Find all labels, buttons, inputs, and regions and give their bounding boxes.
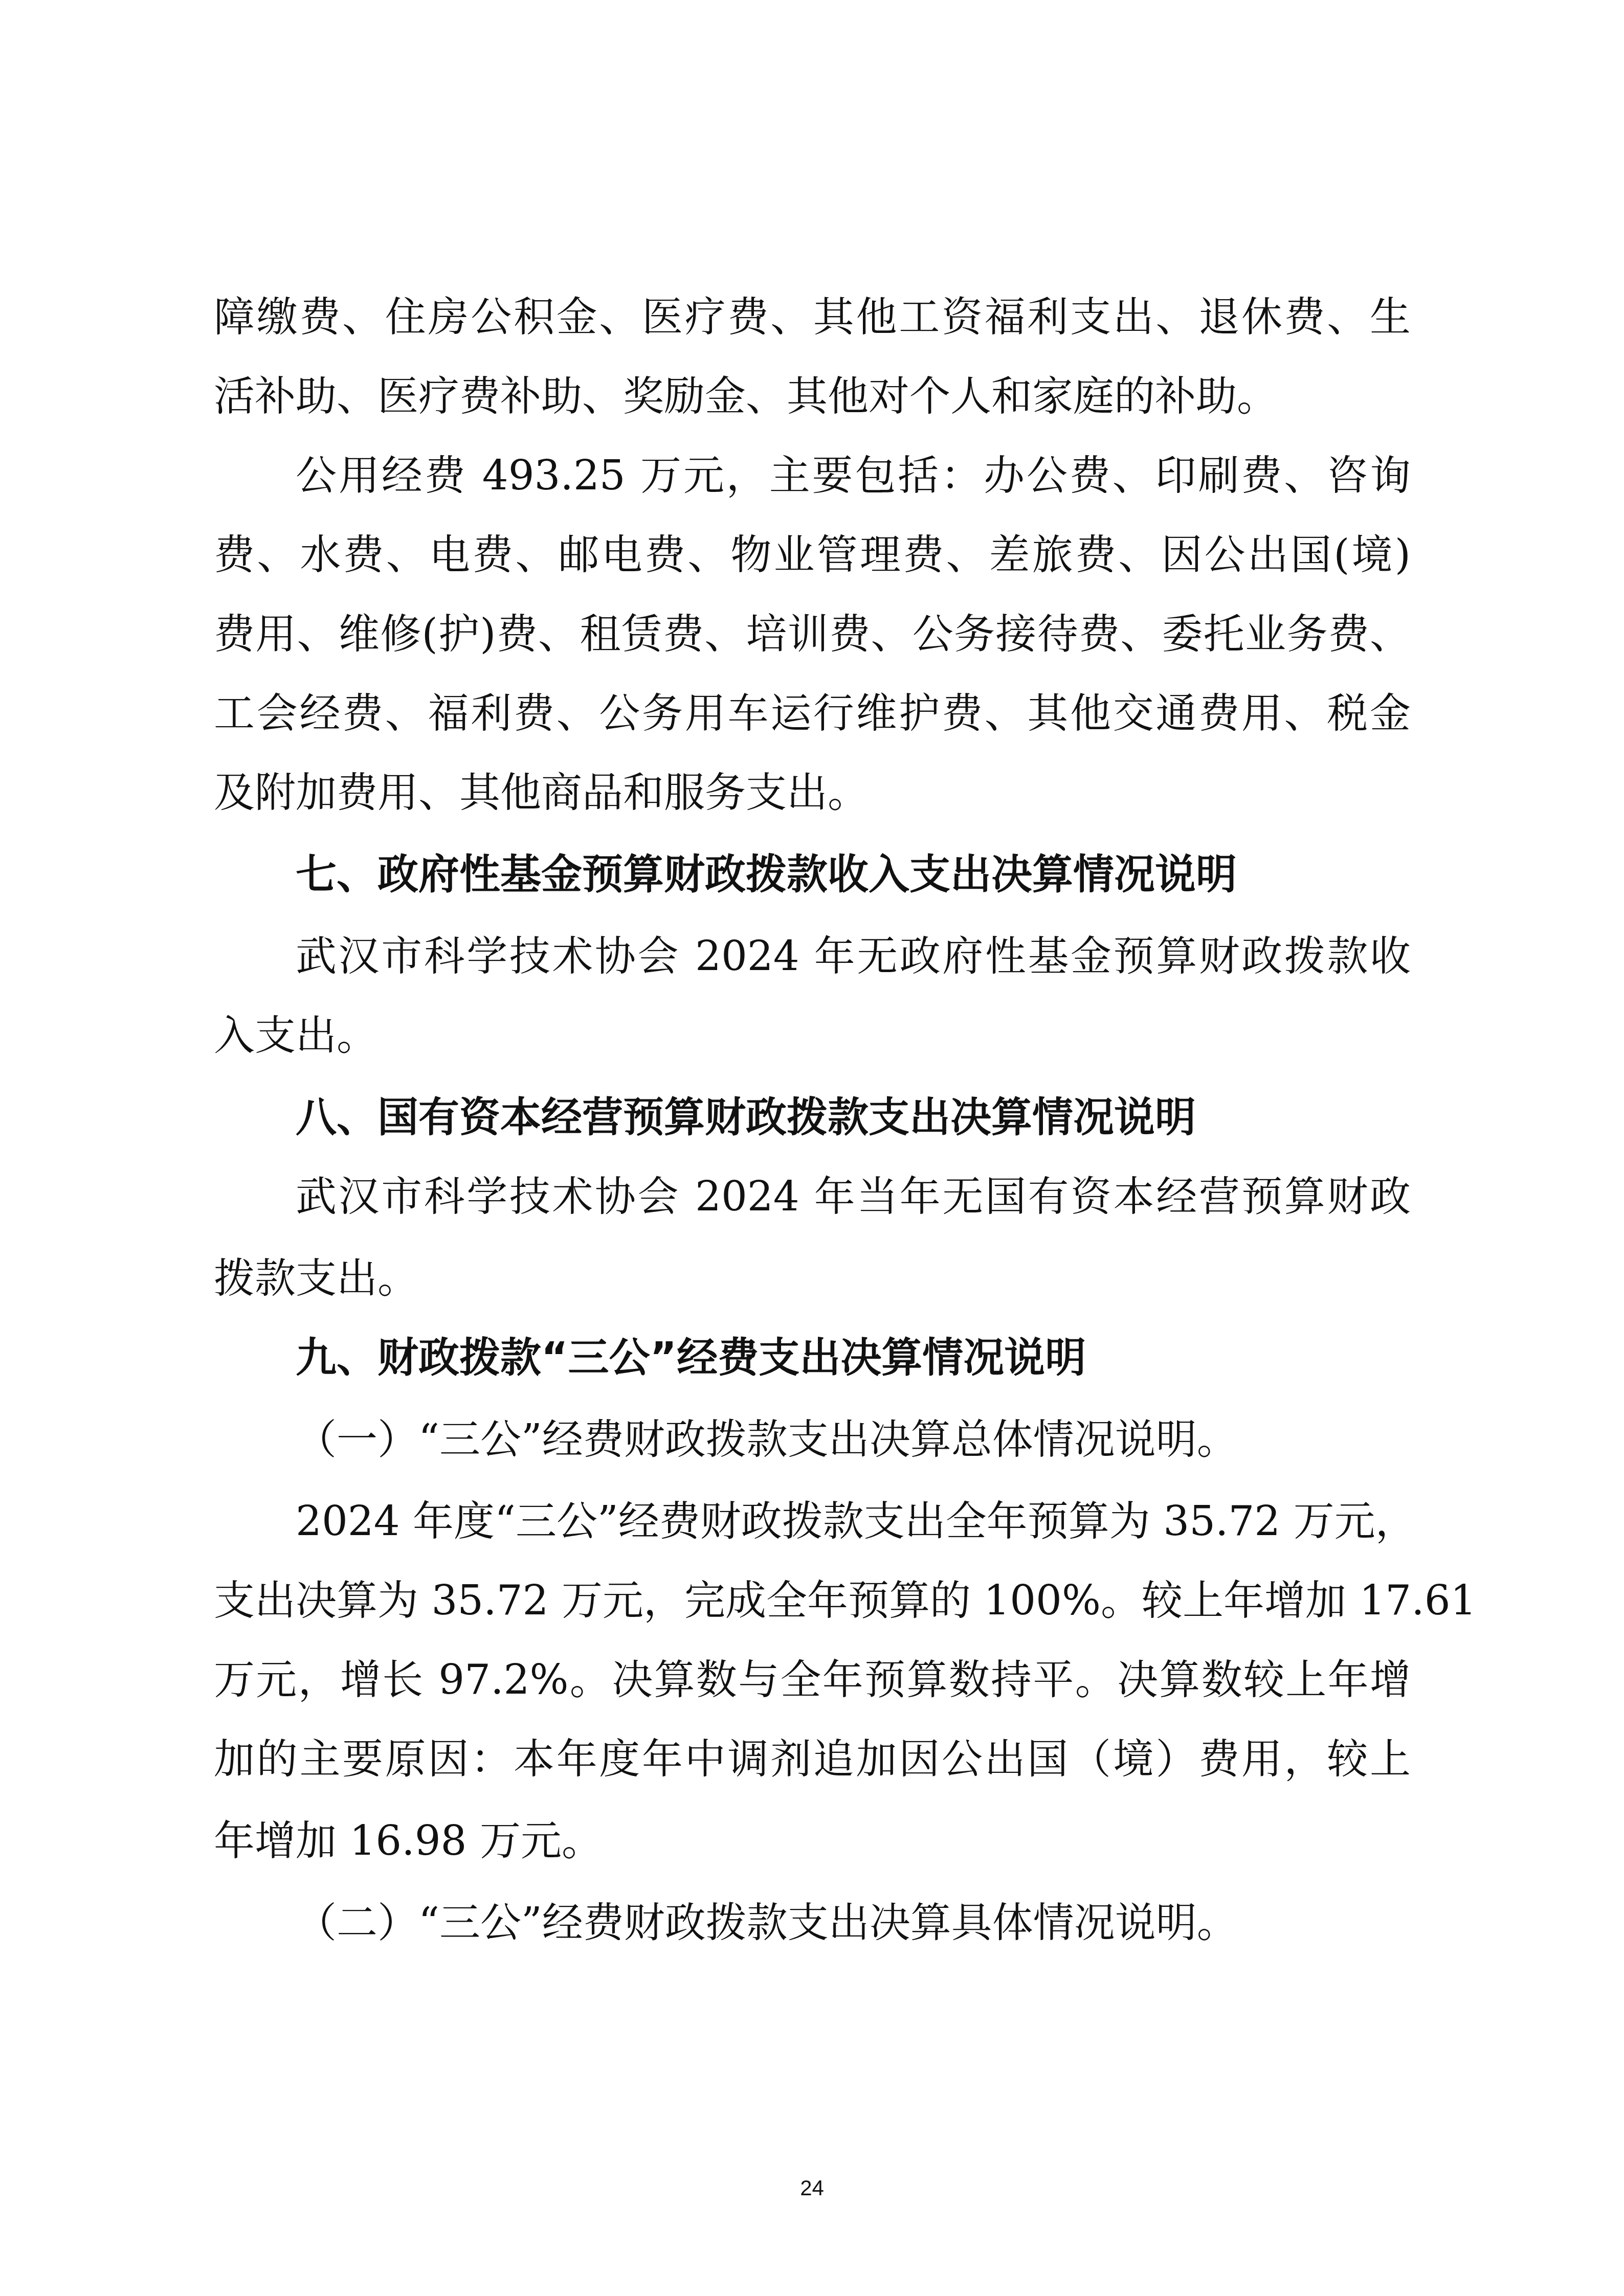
paragraph-line: 加的主要原因：本年度年中调剂追加因公出国（境）费用，较上: [214, 1734, 1411, 1785]
paragraph-line: 拨款支出。: [214, 1253, 1411, 1304]
paragraph-line: 2024 年度“三公”经费财政拨款支出全年预算为 35.72 万元，: [296, 1496, 1411, 1547]
subsection-heading-1: （一）“三公”经费财政拨款支出决算总体情况说明。: [296, 1414, 1411, 1465]
paragraph-line: 公用经费 493.25 万元，主要包括：办公费、印刷费、咨询: [296, 450, 1411, 501]
paragraph-line: 入支出。: [214, 1010, 1411, 1061]
section-heading-9: 九、财政拨款“三公”经费支出决算情况说明: [296, 1332, 1411, 1383]
paragraph-line: 费、水费、电费、邮电费、物业管理费、差旅费、因公出国(境): [214, 529, 1411, 580]
subsection-heading-2: （二）“三公”经费财政拨款支出决算具体情况说明。: [296, 1897, 1411, 1948]
document-page: 障缴费、住房公积金、医疗费、其他工资福利支出、退休费、生 活补助、医疗费补助、奖…: [0, 0, 1624, 2296]
section-heading-8: 八、国有资本经营预算财政拨款支出决算情况说明: [296, 1092, 1411, 1143]
paragraph-line: 万元，增长 97.2%。决算数与全年预算数持平。决算数较上年增: [214, 1654, 1411, 1705]
section-heading-7: 七、政府性基金预算财政拨款收入支出决算情况说明: [296, 849, 1411, 900]
paragraph-line: 及附加费用、其他商品和服务支出。: [214, 767, 1411, 818]
paragraph-line: 武汉市科学技术协会 2024 年当年无国有资本经营预算财政: [296, 1171, 1411, 1222]
paragraph-line: 工会经费、福利费、公务用车运行维护费、其他交通费用、税金: [214, 688, 1411, 739]
paragraph-line: 障缴费、住房公积金、医疗费、其他工资福利支出、退休费、生: [214, 291, 1411, 343]
page-number: 24: [0, 2176, 1624, 2200]
paragraph-line: 费用、维修(护)费、租赁费、培训费、公务接待费、委托业务费、: [214, 609, 1411, 660]
paragraph-line: 支出决算为 35.72 万元，完成全年预算的 100%。较上年增加 17.61: [214, 1575, 1411, 1626]
paragraph-line: 年增加 16.98 万元。: [214, 1815, 1411, 1866]
paragraph-line: 活补助、医疗费补助、奖励金、其他对个人和家庭的补助。: [214, 371, 1411, 422]
paragraph-line: 武汉市科学技术协会 2024 年无政府性基金预算财政拨款收: [296, 931, 1411, 982]
